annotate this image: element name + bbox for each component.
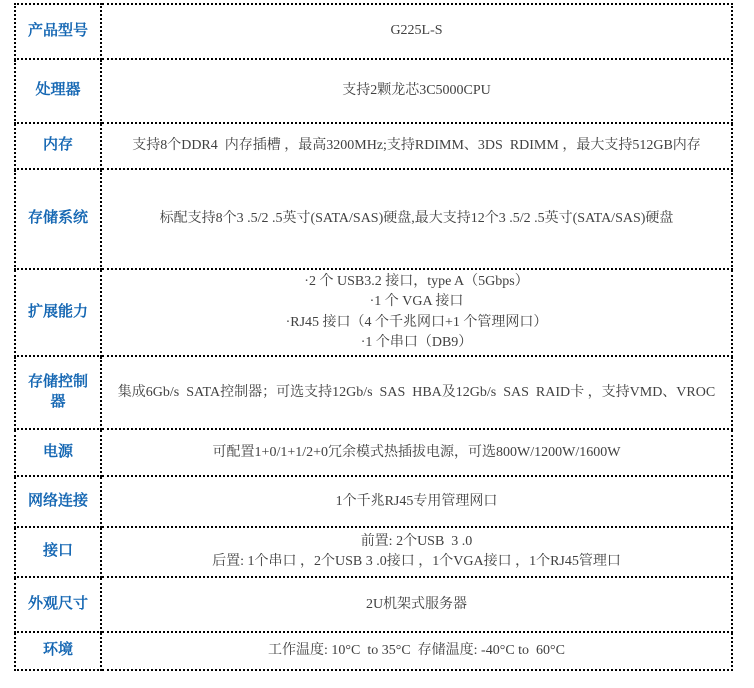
table-row: 环境 工作温度: 10°C to 35°C 存储温度: -40°C to 60°… xyxy=(15,632,732,670)
row-label-product-model: 产品型号 xyxy=(15,4,101,59)
table-row: 网络连接 1个千兆RJ45专用管理网口 xyxy=(15,476,732,527)
row-value-form-factor: 2U机架式服务器 xyxy=(101,577,732,632)
row-label-memory: 内存 xyxy=(15,123,101,169)
row-label-storage-system: 存储系统 xyxy=(15,169,101,269)
spec-table: 产品型号 G225L-S 处理器 支持2颗龙芯3C5000CPU 内存 支持8个… xyxy=(14,3,733,671)
table-row: 存储控制器 集成6Gb/s SATA控制器；可选支持12Gb/s SAS HBA… xyxy=(15,356,732,429)
row-value-processor: 支持2颗龙芯3C5000CPU xyxy=(101,59,732,123)
row-label-processor: 处理器 xyxy=(15,59,101,123)
row-value-expansion: ·2 个 USB3.2 接口，type A（5Gbps） ·1 个 VGA 接口… xyxy=(101,269,732,356)
row-label-form-factor: 外观尺寸 xyxy=(15,577,101,632)
table-row: 产品型号 G225L-S xyxy=(15,4,732,59)
row-value-environment: 工作温度: 10°C to 35°C 存储温度: -40°C to 60°C xyxy=(101,632,732,670)
table-row: 内存 支持8个DDR4 内存插槽 ，最高3200MHz;支持RDIMM、3DS … xyxy=(15,123,732,169)
row-label-environment: 环境 xyxy=(15,632,101,670)
table-row: 电源 可配置1+0/1+1/2+0冗余模式热插拔电源，可选800W/1200W/… xyxy=(15,429,732,476)
row-value-memory: 支持8个DDR4 内存插槽 ，最高3200MHz;支持RDIMM、3DS RDI… xyxy=(101,123,732,169)
table-row: 接口 前置: 2个USB 3 .0 后置: 1个串口 ，2个USB 3 .0接口… xyxy=(15,527,732,577)
table-row: 处理器 支持2颗龙芯3C5000CPU xyxy=(15,59,732,123)
table-row: 外观尺寸 2U机架式服务器 xyxy=(15,577,732,632)
row-value-product-model: G225L-S xyxy=(101,4,732,59)
row-value-storage-controller: 集成6Gb/s SATA控制器；可选支持12Gb/s SAS HBA及12Gb/… xyxy=(101,356,732,429)
row-value-ports: 前置: 2个USB 3 .0 后置: 1个串口 ，2个USB 3 .0接口 ，1… xyxy=(101,527,732,577)
row-label-expansion: 扩展能力 xyxy=(15,269,101,356)
row-label-storage-controller: 存储控制器 xyxy=(15,356,101,429)
row-label-ports: 接口 xyxy=(15,527,101,577)
row-label-power: 电源 xyxy=(15,429,101,476)
row-value-power: 可配置1+0/1+1/2+0冗余模式热插拔电源，可选800W/1200W/160… xyxy=(101,429,732,476)
row-label-network: 网络连接 xyxy=(15,476,101,527)
table-row: 扩展能力 ·2 个 USB3.2 接口，type A（5Gbps） ·1 个 V… xyxy=(15,269,732,356)
row-value-network: 1个千兆RJ45专用管理网口 xyxy=(101,476,732,527)
table-row: 存储系统 标配支持8个3 .5/2 .5英寸(SATA/SAS)硬盘,最大支持1… xyxy=(15,169,732,269)
row-value-storage-system: 标配支持8个3 .5/2 .5英寸(SATA/SAS)硬盘,最大支持12个3 .… xyxy=(101,169,732,269)
